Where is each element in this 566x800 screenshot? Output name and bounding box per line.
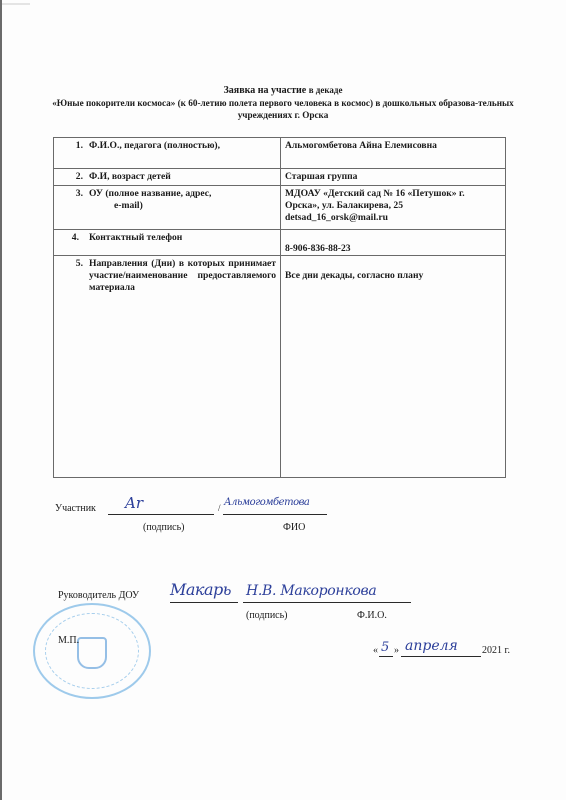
row-number: 1.: [58, 140, 83, 152]
participant-signature-caption: (подпись): [143, 522, 185, 533]
org-email: detsad_16_orsk@mail.ru: [285, 212, 501, 224]
row-label: 2.Ф.И, возраст детей: [54, 169, 281, 186]
directions-value: Все дни декады, согласно плану: [285, 258, 501, 282]
row-number: 4.: [58, 232, 79, 244]
row-label: 3.ОУ (полное название, адрес, e-mail): [54, 186, 281, 230]
date-day: 5: [381, 640, 389, 655]
document-subtitle: «Юные покорители космоса» (к 60-летию по…: [40, 97, 526, 121]
org-name: МДОАУ «Детский сад № 16 «Петушок» г.: [285, 188, 501, 200]
row-label: 4.Контактный телефон: [54, 230, 281, 256]
head-name-line: [243, 602, 411, 603]
org-address: Орска», ул. Балакирева, 25: [285, 200, 501, 212]
head-name-caption: Ф.И.О.: [357, 610, 387, 621]
date-open-quote: «: [373, 645, 378, 656]
table-row: 3.ОУ (полное название, адрес, e-mail) МД…: [54, 186, 506, 230]
row-label-text: Ф.И, возраст детей: [89, 171, 171, 182]
participant-separator: /: [218, 503, 221, 513]
stamp-emblem-icon: [77, 637, 107, 669]
row-label-text: Контактный телефон: [89, 232, 182, 243]
head-label: Руководитель ДОУ: [58, 590, 139, 601]
participant-name-line: [223, 514, 327, 515]
head-signature-caption: (подпись): [246, 610, 288, 621]
participant-signature-line: [108, 514, 214, 515]
row-label-text: Направления (Дни) в которых принимает уч…: [89, 258, 276, 294]
participant-name-handwritten: Альмогомбетова: [224, 497, 309, 508]
date-month-line: [401, 656, 481, 657]
participant-name-caption: ФИО: [283, 522, 305, 533]
head-signature-line: [170, 602, 238, 603]
stamp-place-label: М.П.: [58, 635, 79, 646]
date-close-quote: »: [394, 645, 399, 656]
document-title: Заявка на участие в декаде: [40, 84, 526, 97]
official-stamp: [33, 603, 151, 699]
table-row: 5. Направления (Дни) в которых принимает…: [54, 256, 506, 478]
row-label-text: Ф.И.О., педагога (полностью),: [89, 140, 220, 151]
title-main: Заявка на участие: [224, 85, 309, 96]
table-row: 2.Ф.И, возраст детей Старшая группа: [54, 169, 506, 186]
head-name-handwritten: Н.В. Макоронкова: [246, 583, 376, 599]
title-small: в декаде: [309, 85, 343, 95]
row-value: Все дни декады, согласно плану: [281, 256, 506, 478]
row-label-text-continued: e-mail): [58, 200, 276, 212]
participant-label: Участник: [55, 503, 96, 514]
row-value: 8-906-836-88-23: [281, 230, 506, 256]
date-day-line: [379, 656, 393, 657]
date-month: апреля: [405, 638, 458, 654]
date-year: 2021 г.: [482, 645, 510, 656]
row-label-text: ОУ (полное название, адрес,: [89, 188, 211, 199]
table-row: 4.Контактный телефон 8-906-836-88-23: [54, 230, 506, 256]
scan-page-edge-top: [2, 3, 30, 5]
document-header: Заявка на участие в декаде «Юные покорит…: [40, 84, 526, 121]
head-signature: Макарь: [170, 580, 231, 599]
row-value: Старшая группа: [281, 169, 506, 186]
row-number: 2.: [58, 171, 83, 183]
scan-page-edge: [0, 0, 2, 800]
application-form-table: 1.Ф.И.О., педагога (полностью), Альмогом…: [53, 137, 506, 478]
row-label: 1.Ф.И.О., педагога (полностью),: [54, 138, 281, 169]
phone-value: 8-906-836-88-23: [285, 232, 501, 255]
participant-signature: Ar: [125, 494, 143, 512]
row-label: 5. Направления (Дни) в которых принимает…: [54, 256, 281, 478]
table-row: 1.Ф.И.О., педагога (полностью), Альмогом…: [54, 138, 506, 169]
row-value: Альмогомбетова Айна Елемисовна: [281, 138, 506, 169]
row-number: 5.: [58, 258, 83, 294]
row-number: 3.: [58, 188, 83, 200]
row-value: МДОАУ «Детский сад № 16 «Петушок» г. Орс…: [281, 186, 506, 230]
